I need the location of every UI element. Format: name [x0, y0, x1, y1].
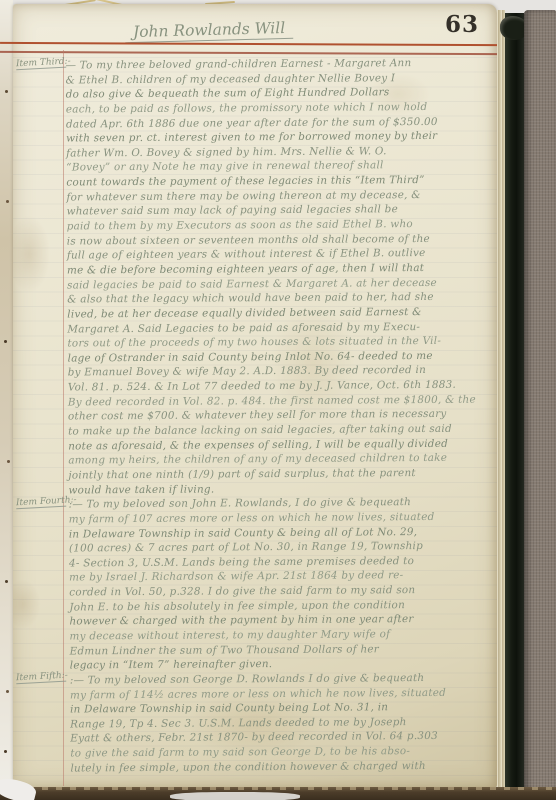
- page-number: 63: [445, 11, 479, 38]
- cloth-cover: [524, 10, 556, 800]
- page-stack-edge: [497, 10, 505, 790]
- manuscript-line: with seven pr. ct. interest given to me …: [66, 129, 490, 147]
- book-board-edge: [505, 13, 524, 800]
- header-rule: [0, 42, 497, 55]
- spine-stitch-marks: [5, 90, 8, 93]
- manuscript-line: my farm of 107 acres more or less on whi…: [69, 509, 493, 527]
- manuscript-lines: — To my three beloved grand-children Ear…: [66, 56, 495, 776]
- manuscript-line: among my heirs, the children of any of m…: [68, 451, 492, 469]
- book-spine-edge: [0, 0, 13, 800]
- manuscript-line: lutely in fee simple, upon the condition…: [70, 758, 494, 776]
- manuscript-line: Eyatt & others, Febr. 21st 1870- by deed…: [70, 729, 494, 747]
- scanned-ledger-photo: 63 John Rowlands Will Item Third:- Item …: [0, 0, 556, 800]
- manuscript-line: & also that the legacy which would have …: [67, 290, 491, 308]
- fabric-scrap: [170, 792, 300, 800]
- page-title: John Rowlands Will: [125, 19, 294, 43]
